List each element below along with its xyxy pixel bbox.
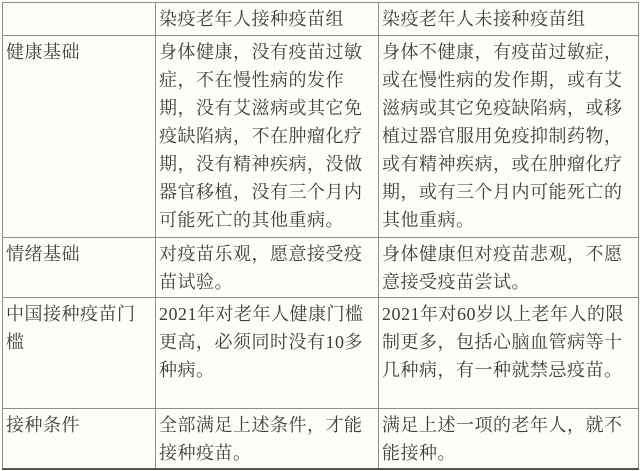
cell-vaccinated: 身体健康，没有疫苗过敏症，不在慢性病的发作期，没有艾滋病或其它免疫缺陷病，不在肿… bbox=[156, 36, 379, 238]
row-label: 健康基础 bbox=[3, 36, 156, 238]
table-header-row: 染疫老年人接种疫苗组 染疫老年人未接种疫苗组 bbox=[3, 3, 639, 36]
cell-vaccinated: 2021年对老年人健康门槛更高，必须同时没有10多种病。 bbox=[156, 298, 379, 409]
cell-vaccinated: 全部满足上述条件，才能接种疫苗。 bbox=[156, 409, 379, 470]
table-row-mood-basis: 情绪基础 对疫苗乐观，愿意接受疫苗试验。 身体健康但对疫苗悲观，不愿意接受疫苗尝… bbox=[3, 238, 639, 298]
table-row-health-basis: 健康基础 身体健康，没有疫苗过敏症，不在慢性病的发作期，没有艾滋病或其它免疫缺陷… bbox=[3, 36, 639, 238]
table-row-china-threshold: 中国接种疫苗门槛 2021年对老年人健康门槛更高，必须同时没有10多种病。 20… bbox=[3, 298, 639, 409]
header-vaccinated-group: 染疫老年人接种疫苗组 bbox=[156, 3, 379, 36]
header-empty-cell bbox=[3, 3, 156, 36]
row-label: 情绪基础 bbox=[3, 238, 156, 298]
header-unvaccinated-group: 染疫老年人未接种疫苗组 bbox=[379, 3, 639, 36]
cell-unvaccinated: 身体不健康，有疫苗过敏症，或在慢性病的发作期，或有艾滋病或其它免疫缺陷病，或移植… bbox=[379, 36, 639, 238]
table-row-vaccination-condition: 接种条件 全部满足上述条件，才能接种疫苗。 满足上述一项的老年人，就不能接种。 bbox=[3, 409, 639, 470]
cell-vaccinated: 对疫苗乐观，愿意接受疫苗试验。 bbox=[156, 238, 379, 298]
cell-unvaccinated: 2021年对60岁以上老年人的限制更多，包括心脑血管病等十几种病，有一种就禁忌疫… bbox=[379, 298, 639, 409]
vaccination-comparison-table: 染疫老年人接种疫苗组 染疫老年人未接种疫苗组 健康基础 身体健康，没有疫苗过敏症… bbox=[2, 2, 639, 470]
row-label: 中国接种疫苗门槛 bbox=[3, 298, 156, 409]
cell-unvaccinated: 满足上述一项的老年人，就不能接种。 bbox=[379, 409, 639, 470]
row-label: 接种条件 bbox=[3, 409, 156, 470]
cell-unvaccinated: 身体健康但对疫苗悲观，不愿意接受疫苗尝试。 bbox=[379, 238, 639, 298]
